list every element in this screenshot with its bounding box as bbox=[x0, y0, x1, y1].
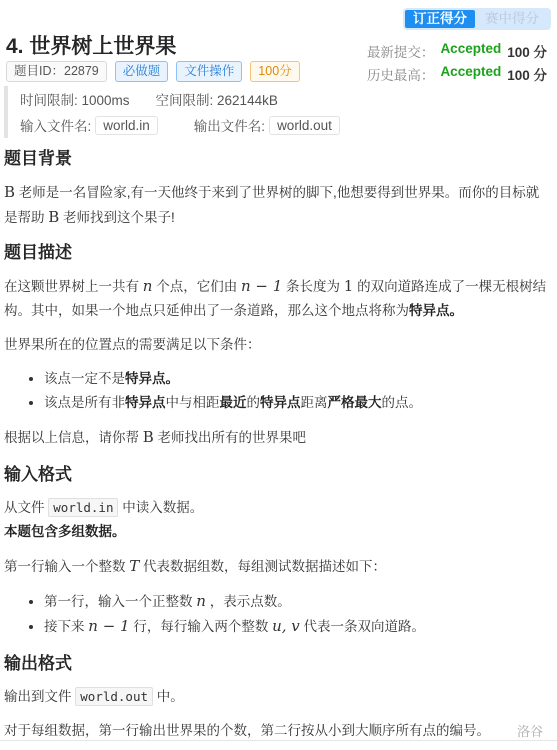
best-score: 100 分 bbox=[507, 64, 547, 84]
latest-result[interactable]: Accepted bbox=[440, 41, 501, 61]
score-badge: 100分 bbox=[250, 61, 299, 82]
math-B: B bbox=[48, 208, 59, 226]
list-item: 第一行，输入一个正整数 n ，表示点数。 bbox=[44, 589, 549, 614]
output-file-name: world.out bbox=[269, 116, 340, 135]
output-file-label: 输出文件名: bbox=[194, 115, 265, 135]
bold-text: 特异点 bbox=[260, 395, 301, 410]
input-desc: 第一行输入一个整数 T 代表数据组数，每组测试数据描述如下： bbox=[4, 554, 549, 579]
problem-limits: 时间限制: 1000ms 空间限制: 262144kB 输入文件名: world… bbox=[4, 86, 404, 138]
file-io-badge[interactable]: 文件操作 bbox=[176, 61, 242, 82]
problem-content: 题目背景 B 老师是一名冒险家,有一天他终于来到了世界树的脚下,他想要得到世界果… bbox=[4, 145, 549, 743]
luogu-watermark: 洛谷 bbox=[517, 721, 543, 740]
text: 老师找到这个果子! bbox=[59, 210, 175, 225]
problem-title: 4. 世界树上世界果 bbox=[6, 30, 176, 60]
text: 老师找出所有的世界果吧 bbox=[154, 430, 306, 445]
tab-corrected-score[interactable]: 订正得分 bbox=[405, 10, 475, 28]
math-n: n bbox=[196, 592, 206, 610]
text: ，表示点数。 bbox=[206, 594, 291, 609]
text: 中与相距 bbox=[166, 395, 220, 410]
math-u-v: u, v bbox=[272, 617, 300, 635]
list-item: 该点是所有非特异点中与相距最近的特异点距离严格最大的点。 bbox=[44, 391, 549, 415]
text: 在这颗世界树上一共有 bbox=[4, 279, 143, 294]
description-closing: 根据以上信息，请你帮 B 老师找出所有的世界果吧 bbox=[4, 425, 549, 450]
background-heading: 题目背景 bbox=[4, 148, 549, 170]
bold-text: 严格最大 bbox=[328, 395, 382, 410]
text: 根据以上信息，请你帮 bbox=[4, 430, 143, 445]
text: 从文件 bbox=[4, 500, 48, 515]
text: 行，每行输入两个整数 bbox=[130, 619, 273, 634]
tab-contest-score[interactable]: 赛中得分 bbox=[475, 10, 549, 28]
bold-text: 本题包含多组数据。 bbox=[4, 524, 126, 539]
text: 个点，它们由 bbox=[152, 279, 241, 294]
text: 输出到文件 bbox=[4, 689, 75, 704]
text: 接下来 bbox=[44, 619, 88, 634]
bold-text: 特异点。 bbox=[125, 371, 179, 386]
text: 该点是所有非 bbox=[44, 395, 125, 410]
math-n-minus-1: n − 1 bbox=[88, 617, 129, 635]
output-file-code: world.out bbox=[75, 687, 153, 706]
math-1: 1 bbox=[344, 277, 354, 295]
problem-id-badge: 题目ID：22879 bbox=[6, 61, 107, 82]
list-item: 接下来 n − 1 行，每行输入两个整数 u, v 代表一条双向道路。 bbox=[44, 614, 549, 639]
description-heading: 题目描述 bbox=[4, 242, 549, 264]
background-text: B 老师是一名冒险家,有一天他终于来到了世界树的脚下,他想要得到世界果。而你的目… bbox=[4, 180, 549, 230]
description-text: 在这颗世界树上一共有 n 个点，它们由 n − 1 条长度为 1 的双向道路连成… bbox=[4, 274, 549, 323]
text: 中。 bbox=[153, 689, 184, 704]
input-list: 第一行，输入一个正整数 n ，表示点数。 接下来 n − 1 行，每行输入两个整… bbox=[44, 589, 549, 639]
input-file-code: world.in bbox=[48, 498, 118, 517]
math-B: B bbox=[4, 183, 15, 201]
required-badge[interactable]: 必做题 bbox=[115, 61, 169, 82]
latest-submission-label: 最新提交： bbox=[367, 41, 435, 61]
text: 代表一条双向道路。 bbox=[300, 619, 425, 634]
latest-score: 100 分 bbox=[507, 41, 547, 61]
best-submission: 历史最高： Accepted 100 分 bbox=[367, 64, 547, 84]
latest-submission: 最新提交： Accepted 100 分 bbox=[367, 41, 547, 61]
best-submission-label: 历史最高： bbox=[367, 64, 435, 84]
input-heading: 输入格式 bbox=[4, 464, 549, 486]
bold-text: 特异点 bbox=[125, 395, 166, 410]
math-B: B bbox=[143, 428, 154, 446]
text: 条长度为 bbox=[282, 279, 344, 294]
list-item: 该点一定不是特异点。 bbox=[44, 367, 549, 391]
multi-test-note: 本题包含多组数据。 bbox=[4, 520, 549, 544]
input-file-name: world.in bbox=[95, 116, 158, 135]
input-file-text: 从文件 world.in 中读入数据。 bbox=[4, 496, 549, 520]
divider bbox=[0, 740, 557, 741]
score-tab-switch: 订正得分 赛中得分 bbox=[403, 8, 551, 30]
text: 的点。 bbox=[382, 395, 423, 410]
text: 第一行输入一个整数 bbox=[4, 559, 129, 574]
text: 第一行，输入一个正整数 bbox=[44, 594, 196, 609]
bold-text: 特异点。 bbox=[409, 303, 463, 318]
memory-limit: 空间限制: 262144kB bbox=[156, 89, 278, 109]
conditions-intro: 世界果所在的位置点的需要满足以下条件： bbox=[4, 333, 549, 357]
text: 的 bbox=[247, 395, 261, 410]
math-n: n bbox=[143, 277, 153, 295]
conditions-list: 该点一定不是特异点。 该点是所有非特异点中与相距最近的特异点距离严格最大的点。 bbox=[44, 367, 549, 415]
text: 中读入数据。 bbox=[118, 500, 203, 515]
text: 该点一定不是 bbox=[44, 371, 125, 386]
bold-text: 最近 bbox=[220, 395, 247, 410]
input-file-label: 输入文件名: bbox=[20, 115, 91, 135]
output-heading: 输出格式 bbox=[4, 653, 549, 675]
output-file-text: 输出到文件 world.out 中。 bbox=[4, 685, 549, 709]
math-n-minus-1: n − 1 bbox=[241, 277, 282, 295]
text: 代表数据组数，每组测试数据描述如下： bbox=[139, 559, 386, 574]
text: 距离 bbox=[301, 395, 328, 410]
time-limit: 时间限制: 1000ms bbox=[20, 89, 130, 109]
problem-badges: 题目ID：22879 必做题 文件操作 100分 bbox=[6, 61, 300, 82]
best-result[interactable]: Accepted bbox=[440, 64, 501, 84]
math-T: T bbox=[129, 557, 139, 575]
